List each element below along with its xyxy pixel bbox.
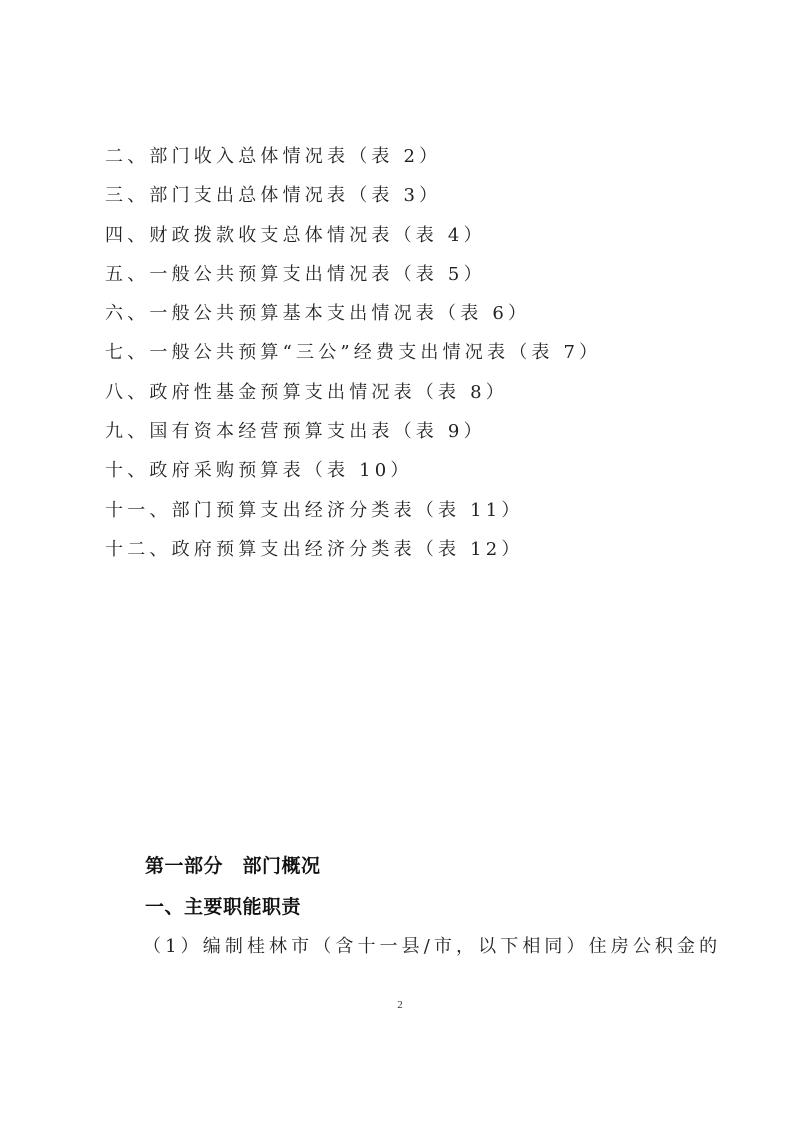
toc-item-table-6: 六、一般公共预算基本支出情况表（表 6） [105, 299, 601, 338]
toc-item-table-5: 五、一般公共预算支出情况表（表 5） [105, 260, 601, 299]
toc-item-table-2: 二、部门收入总体情况表（表 2） [105, 142, 601, 181]
table-of-contents: 二、部门收入总体情况表（表 2） 三、部门支出总体情况表（表 3） 四、财政拨款… [105, 142, 601, 574]
section-title: 一、主要职能职责 [145, 892, 301, 919]
toc-item-table-10: 十、政府采购预算表（表 10） [105, 456, 601, 495]
toc-item-table-12: 十二、政府预算支出经济分类表（表 12） [105, 535, 601, 574]
toc-item-table-3: 三、部门支出总体情况表（表 3） [105, 181, 601, 220]
toc-item-table-8: 八、政府性基金预算支出情况表（表 8） [105, 378, 601, 417]
part-title: 第一部分 部门概况 [145, 851, 321, 878]
toc-item-table-4: 四、财政拨款收支总体情况表（表 4） [105, 221, 601, 260]
body-paragraph: （1）编制桂林市（含十一县/市，以下相同）住房公积金的 [143, 932, 721, 958]
toc-item-table-7: 七、一般公共预算“三公”经费支出情况表（表 7） [105, 338, 601, 377]
toc-item-table-11: 十一、部门预算支出经济分类表（表 11） [105, 496, 601, 535]
document-page: 二、部门收入总体情况表（表 2） 三、部门支出总体情况表（表 3） 四、财政拨款… [0, 0, 800, 1131]
toc-item-table-9: 九、国有资本经营预算支出表（表 9） [105, 417, 601, 456]
page-number: 2 [0, 999, 800, 1011]
